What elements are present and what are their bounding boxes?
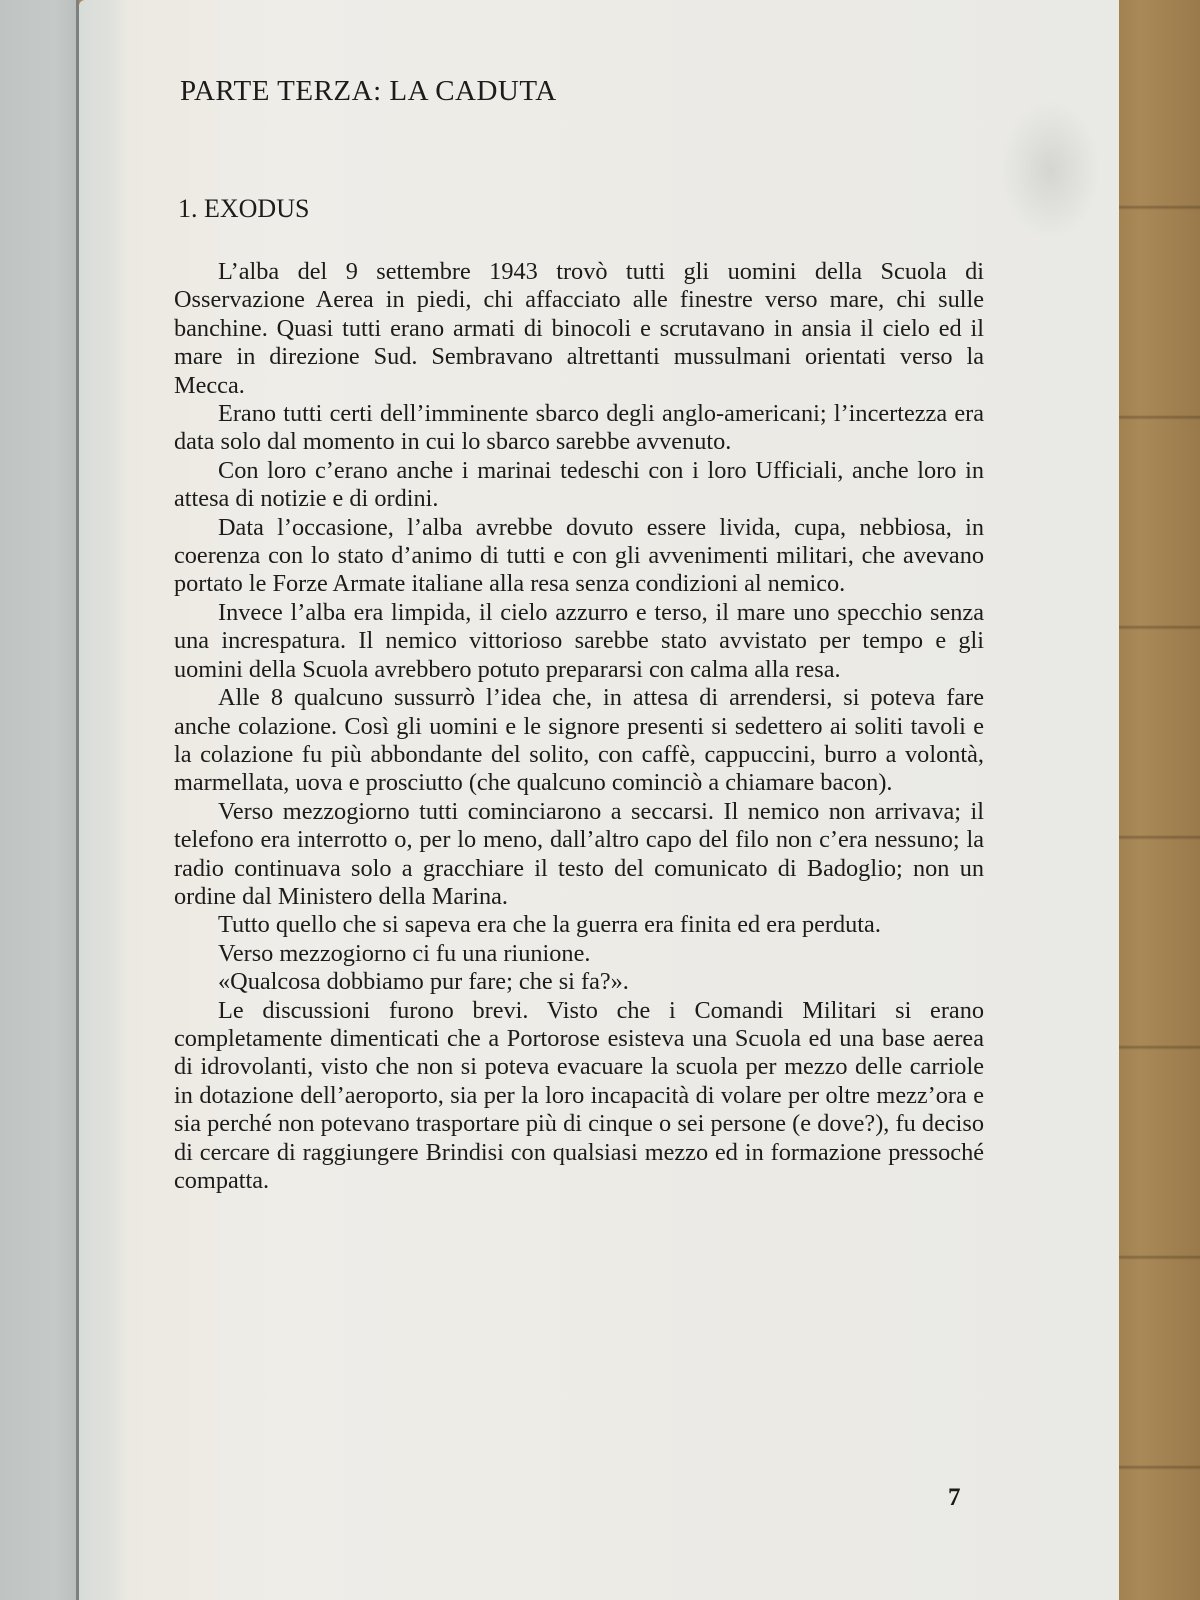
paragraph: Verso mezzogiorno tutti cominciarono a s…: [174, 798, 984, 912]
paragraph: L’alba del 9 settembre 1943 trovò tutti …: [174, 258, 984, 400]
facing-page-edge: [0, 0, 78, 1600]
paragraph: Con loro c’erano anche i marinai tedesch…: [174, 457, 984, 514]
paragraph: Erano tutti certi dell’imminente sbarco …: [174, 400, 984, 457]
paragraph: Tutto quello che si sapeva era che la gu…: [174, 911, 984, 939]
page-content: PARTE TERZA: LA CADUTA 1. EXODUS L’alba …: [174, 60, 984, 1195]
paragraph: Verso mezzogiorno ci fu una riunione.: [174, 940, 984, 968]
paragraph: Alle 8 qualcuno sussurrò l’idea che, in …: [174, 684, 984, 798]
paragraph: Invece l’alba era limpida, il cielo azzu…: [174, 599, 984, 684]
part-title: PARTE TERZA: LA CADUTA: [180, 74, 984, 108]
chapter-body: L’alba del 9 settembre 1943 trovò tutti …: [174, 258, 984, 1195]
quoted-paragraph: «Qualcosa dobbiamo pur fare; che si fa?»…: [174, 968, 984, 996]
page-number: 7: [948, 1484, 961, 1512]
chapter-title: 1. EXODUS: [178, 194, 984, 224]
paragraph: Le discussioni furono brevi. Visto che i…: [174, 997, 984, 1196]
show-through-shadow: [1000, 100, 1100, 240]
paragraph: Data l’occasione, l’alba avrebbe dovuto …: [174, 514, 984, 599]
